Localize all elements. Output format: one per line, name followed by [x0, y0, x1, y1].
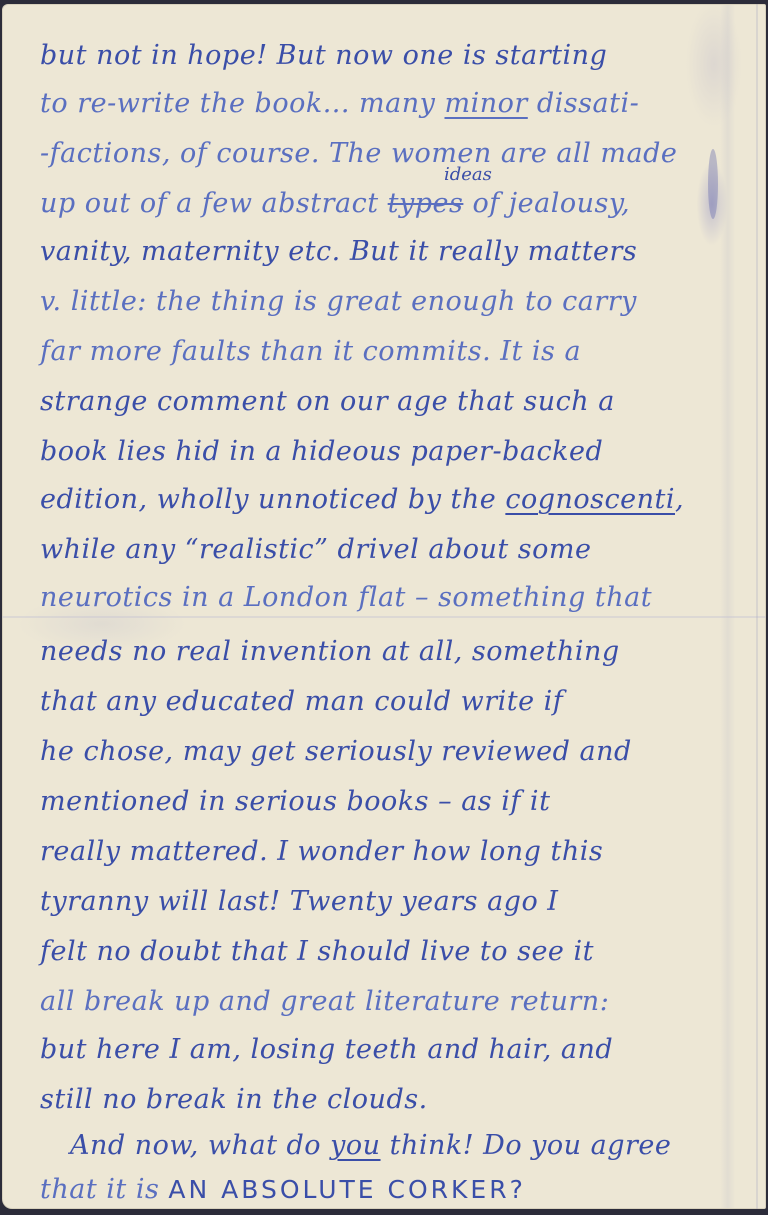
- paper-edge: [756, 4, 758, 1209]
- handwritten-line-8: strange comment on our age that such a: [40, 386, 615, 417]
- handwritten-line-21: but here I am, losing teeth and hair, an…: [40, 1034, 613, 1065]
- handwritten-line-19: felt no doubt that I should live to see …: [40, 936, 594, 967]
- handwritten-line-6: v. little: the thing is great enough to …: [40, 286, 637, 317]
- handwritten-line-17: really mattered. I wonder how long this: [40, 836, 603, 867]
- handwritten-line-24: that it is AN ABSOLUTE CORKER?: [40, 1174, 526, 1205]
- handwritten-line-7: far more faults than it commits. It is a: [40, 336, 581, 367]
- capitalized-phrase: AN ABSOLUTE CORKER?: [168, 1175, 525, 1204]
- underlined-word: minor: [444, 88, 527, 119]
- inserted-word: ideas: [444, 164, 492, 185]
- handwritten-line-5: vanity, maternity etc. But it really mat…: [40, 236, 637, 267]
- handwritten-line-10: edition, wholly unnoticed by the cognosc…: [40, 484, 684, 515]
- paper-fold-crease: [2, 616, 766, 618]
- letter-page: but not in hope! But now one is starting…: [2, 4, 766, 1209]
- handwritten-line-13: needs no real invention at all, somethin…: [40, 636, 620, 667]
- handwritten-line-12: neurotics in a London flat – something t…: [40, 582, 652, 613]
- underlined-word: cognoscenti: [505, 484, 675, 515]
- handwritten-line-14: that any educated man could write if: [40, 686, 563, 717]
- handwritten-line-16: mentioned in serious books – as if it: [40, 786, 550, 817]
- handwritten-line-22: still no break in the clouds.: [40, 1084, 428, 1115]
- handwritten-line-15: he chose, may get seriously reviewed and: [40, 736, 632, 767]
- ink-smudge: [708, 149, 718, 219]
- handwritten-line-18: tyranny will last! Twenty years ago I: [40, 886, 558, 917]
- handwritten-line-23: And now, what do you think! Do you agree: [70, 1130, 671, 1161]
- handwritten-line-4: up out of a few abstract types of jealou…: [40, 188, 630, 219]
- underlined-word: you: [330, 1130, 380, 1161]
- handwritten-line-20: all break up and great literature return…: [40, 986, 609, 1017]
- handwritten-line-2: to re-write the book... many minor dissa…: [40, 88, 639, 119]
- handwritten-line-9: book lies hid in a hideous paper-backed: [40, 436, 603, 467]
- handwritten-line-1: but not in hope! But now one is starting: [40, 40, 607, 71]
- handwritten-line-11: while any “realistic” drivel about some: [40, 534, 591, 565]
- struck-word: types: [388, 188, 464, 219]
- handwritten-line-3: -factions, of course. The women are all …: [40, 138, 677, 169]
